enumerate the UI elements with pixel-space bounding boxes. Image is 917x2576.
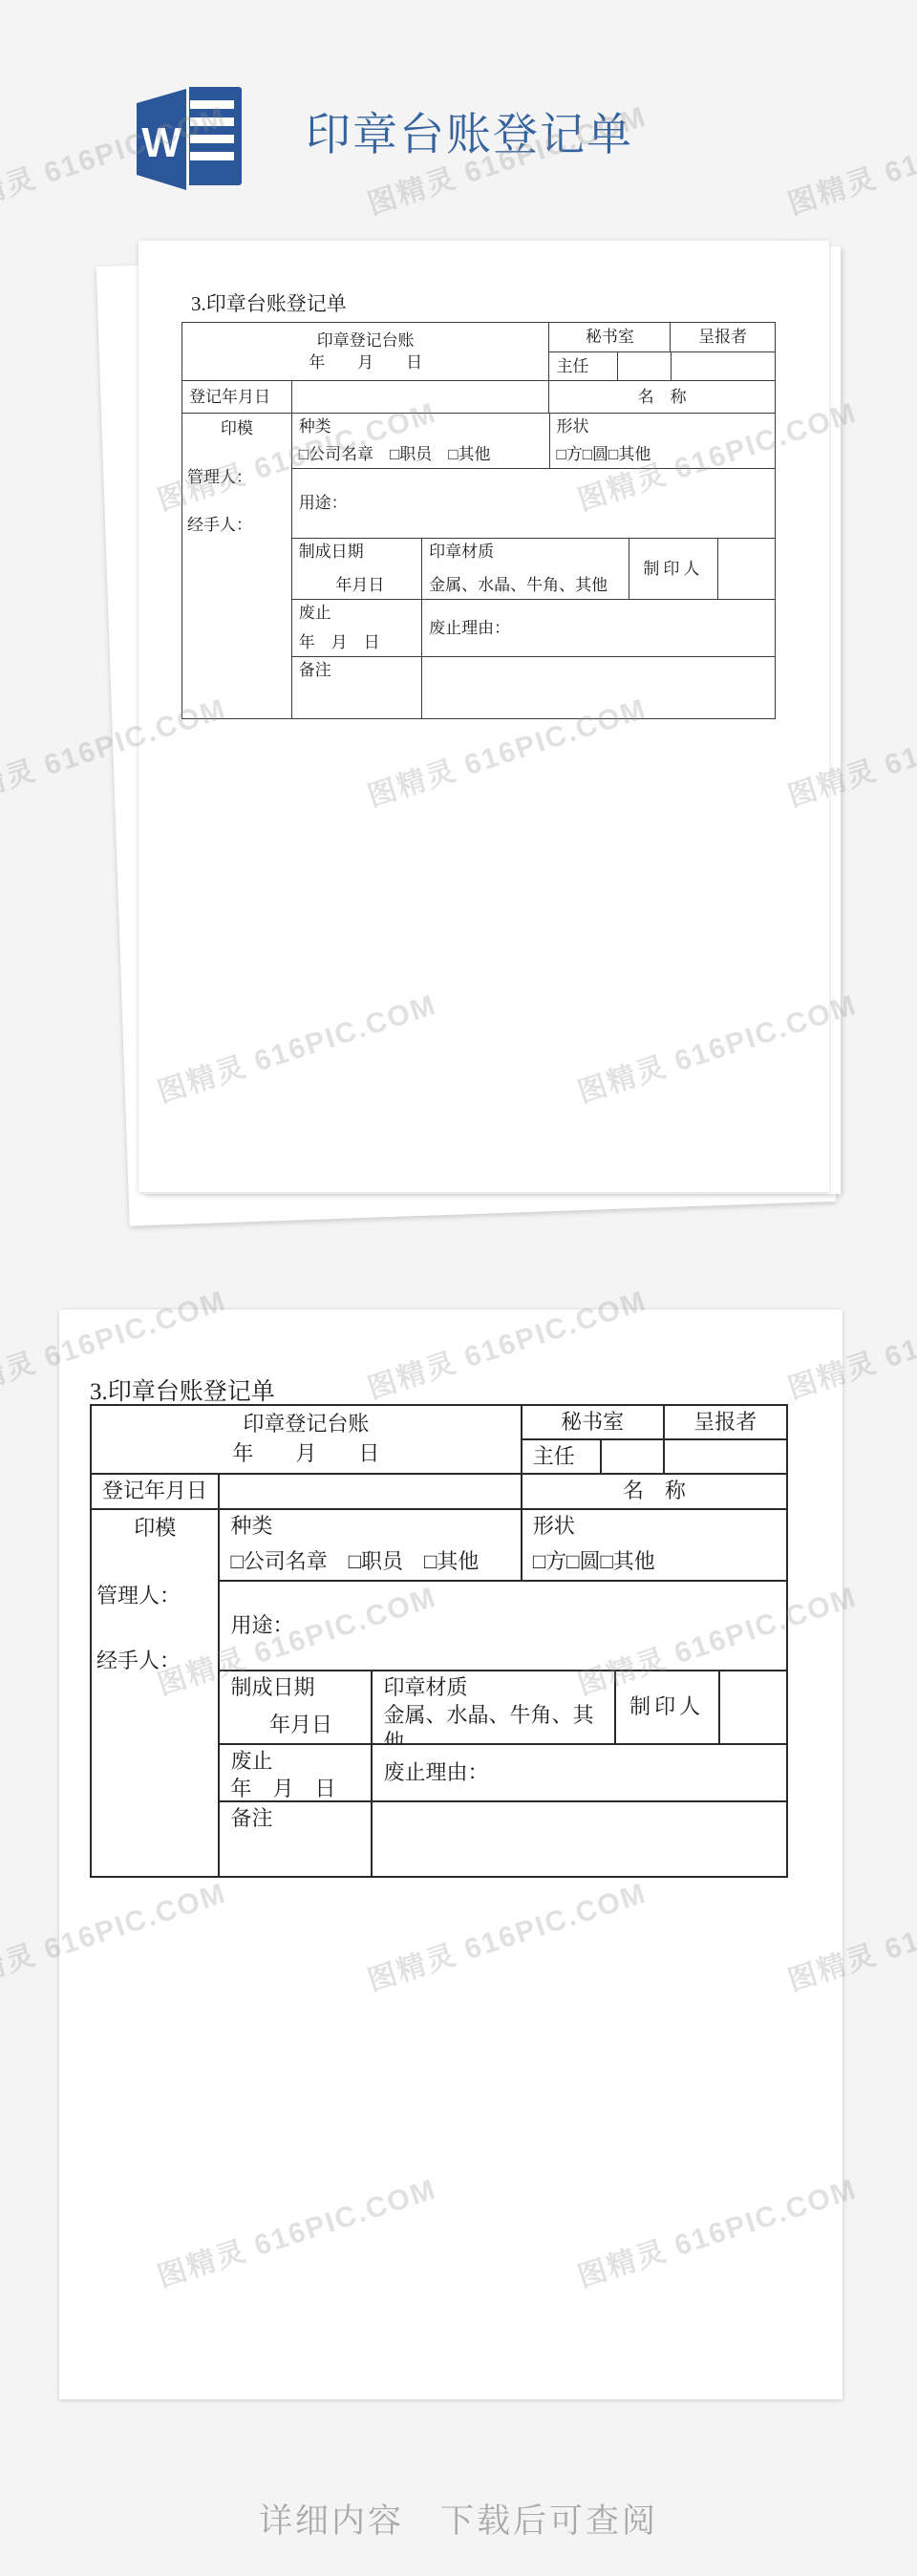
secretary-office-cell: 秘书室 bbox=[522, 1406, 665, 1438]
document-page-1[interactable]: 3.印章台账登记单 印章登记台账 年 月 日 秘书室 呈报者 主任 登记年月日 bbox=[139, 241, 829, 1192]
name-cell: 名 称 bbox=[522, 1475, 786, 1508]
form-heading: 3.印章台账登记单 bbox=[90, 1373, 275, 1407]
footer-note: 详细内容 下载后可查阅 bbox=[0, 2495, 917, 2543]
seal-mold-cell: 印模 管理人： 经手人： bbox=[182, 414, 292, 718]
manager-label: 管理人： bbox=[92, 1543, 218, 1610]
director-sign-cell bbox=[618, 352, 672, 381]
director-sign-cell bbox=[602, 1440, 664, 1473]
abolish-reason-cell: 废止理由： bbox=[373, 1745, 786, 1800]
director-cell: 主任 bbox=[549, 352, 617, 381]
secretary-office-cell: 秘书室 bbox=[549, 323, 671, 351]
svg-text:W: W bbox=[141, 119, 181, 166]
shape-cell: 形状 □方□圆□其他 bbox=[522, 1510, 786, 1580]
form-title-date: 年 月 日 bbox=[92, 1440, 521, 1468]
presenter-sign-cell bbox=[665, 1440, 786, 1473]
word-icon: W bbox=[129, 80, 249, 197]
remarks-cell: 备注 bbox=[220, 1802, 373, 1876]
seal-form-table: 印章登记台账 年 月 日 秘书室 呈报者 主任 登记年月日 名 称 bbox=[181, 322, 776, 719]
document-title: 印章台账登记单 bbox=[306, 99, 633, 163]
handler-label: 经手人： bbox=[182, 488, 291, 535]
remarks-value-cell bbox=[422, 657, 775, 718]
abolish-date-cell: 废止 年 月 日 bbox=[292, 600, 422, 656]
type-label: 种类 bbox=[230, 1513, 520, 1541]
made-date-sub: 年月日 bbox=[299, 575, 421, 595]
seal-form-table: 印章登记台账 年 月 日 秘书室 呈报者 主任 登记年月日 名 称 bbox=[90, 1404, 788, 1878]
form-title: 印章登记台账 bbox=[182, 330, 548, 351]
seal-mold-label: 印模 bbox=[92, 1510, 218, 1543]
name-cell: 名 称 bbox=[549, 381, 775, 413]
shape-options: □方□圆□其他 bbox=[533, 1548, 786, 1576]
form-title-date: 年 月 日 bbox=[182, 352, 548, 373]
usage-cell: 用途： bbox=[292, 469, 775, 538]
made-date-cell: 制成日期 年月日 bbox=[220, 1671, 373, 1743]
made-date-cell: 制成日期 年月日 bbox=[292, 539, 422, 599]
shape-options: □方□圆□其他 bbox=[557, 444, 775, 464]
maker-sign-cell bbox=[720, 1671, 786, 1743]
shape-label: 形状 bbox=[557, 416, 775, 436]
usage-cell: 用途： bbox=[220, 1582, 786, 1670]
remarks-value-cell bbox=[373, 1802, 786, 1876]
material-cell: 印章材质 金属、水晶、牛角、其他 bbox=[422, 539, 629, 599]
material-options: 金属、水晶、牛角、其他 bbox=[429, 575, 629, 595]
register-date-cell: 登记年月日 bbox=[182, 381, 292, 413]
manager-label: 管理人： bbox=[182, 438, 291, 487]
register-date-cell: 登记年月日 bbox=[92, 1475, 220, 1508]
type-label: 种类 bbox=[299, 416, 549, 436]
register-date-value-cell bbox=[220, 1475, 522, 1508]
type-cell: 种类 □公司名章 □职员 □其他 bbox=[220, 1510, 522, 1580]
abolish-date-cell: 废止 年 月 日 bbox=[220, 1745, 373, 1800]
type-options: □公司名章 □职员 □其他 bbox=[230, 1548, 520, 1576]
document-page-2[interactable]: 3.印章台账登记单 印章登记台账 年 月 日 秘书室 呈报者 主任 登记年月日 bbox=[59, 1309, 842, 2399]
abolish-reason-cell: 废止理由： bbox=[422, 600, 775, 656]
register-date-value-cell bbox=[292, 381, 550, 413]
abolish-date: 年 月 日 bbox=[299, 632, 421, 652]
material-label: 印章材质 bbox=[383, 1674, 613, 1702]
abolish-date: 年 月 日 bbox=[230, 1776, 371, 1800]
director-cell: 主任 bbox=[522, 1440, 603, 1473]
made-date-sub: 年月日 bbox=[230, 1712, 371, 1739]
abolish-label: 废止 bbox=[230, 1748, 371, 1776]
maker-sign-cell bbox=[718, 539, 775, 599]
form-title: 印章登记台账 bbox=[92, 1411, 521, 1438]
handler-label: 经手人： bbox=[92, 1609, 218, 1675]
seal-mold-cell: 印模 管理人： 经手人： bbox=[92, 1510, 220, 1876]
maker-cell: 制印人 bbox=[616, 1671, 720, 1743]
made-date-label: 制成日期 bbox=[230, 1674, 371, 1702]
abolish-label: 废止 bbox=[299, 603, 421, 623]
type-cell: 种类 □公司名章 □职员 □其他 bbox=[292, 414, 550, 468]
seal-mold-label: 印模 bbox=[182, 414, 291, 438]
presenter-cell: 呈报者 bbox=[665, 1406, 786, 1438]
type-options: □公司名章 □职员 □其他 bbox=[299, 444, 549, 464]
made-date-label: 制成日期 bbox=[299, 542, 421, 562]
material-label: 印章材质 bbox=[429, 542, 629, 562]
form-title-cell: 印章登记台账 年 月 日 bbox=[182, 323, 549, 380]
page-header: W 印章台账登记单 bbox=[0, 0, 917, 220]
material-options: 金属、水晶、牛角、其他 bbox=[383, 1702, 613, 1743]
shape-label: 形状 bbox=[533, 1513, 786, 1541]
form-title-cell: 印章登记台账 年 月 日 bbox=[92, 1406, 522, 1473]
form-heading: 3.印章台账登记单 bbox=[191, 288, 347, 317]
remarks-cell: 备注 bbox=[292, 657, 422, 718]
maker-cell: 制印人 bbox=[629, 539, 718, 599]
shape-cell: 形状 □方□圆□其他 bbox=[550, 414, 775, 468]
material-cell: 印章材质 金属、水晶、牛角、其他 bbox=[373, 1671, 615, 1743]
presenter-cell: 呈报者 bbox=[671, 323, 775, 351]
presenter-sign-cell bbox=[672, 352, 775, 381]
